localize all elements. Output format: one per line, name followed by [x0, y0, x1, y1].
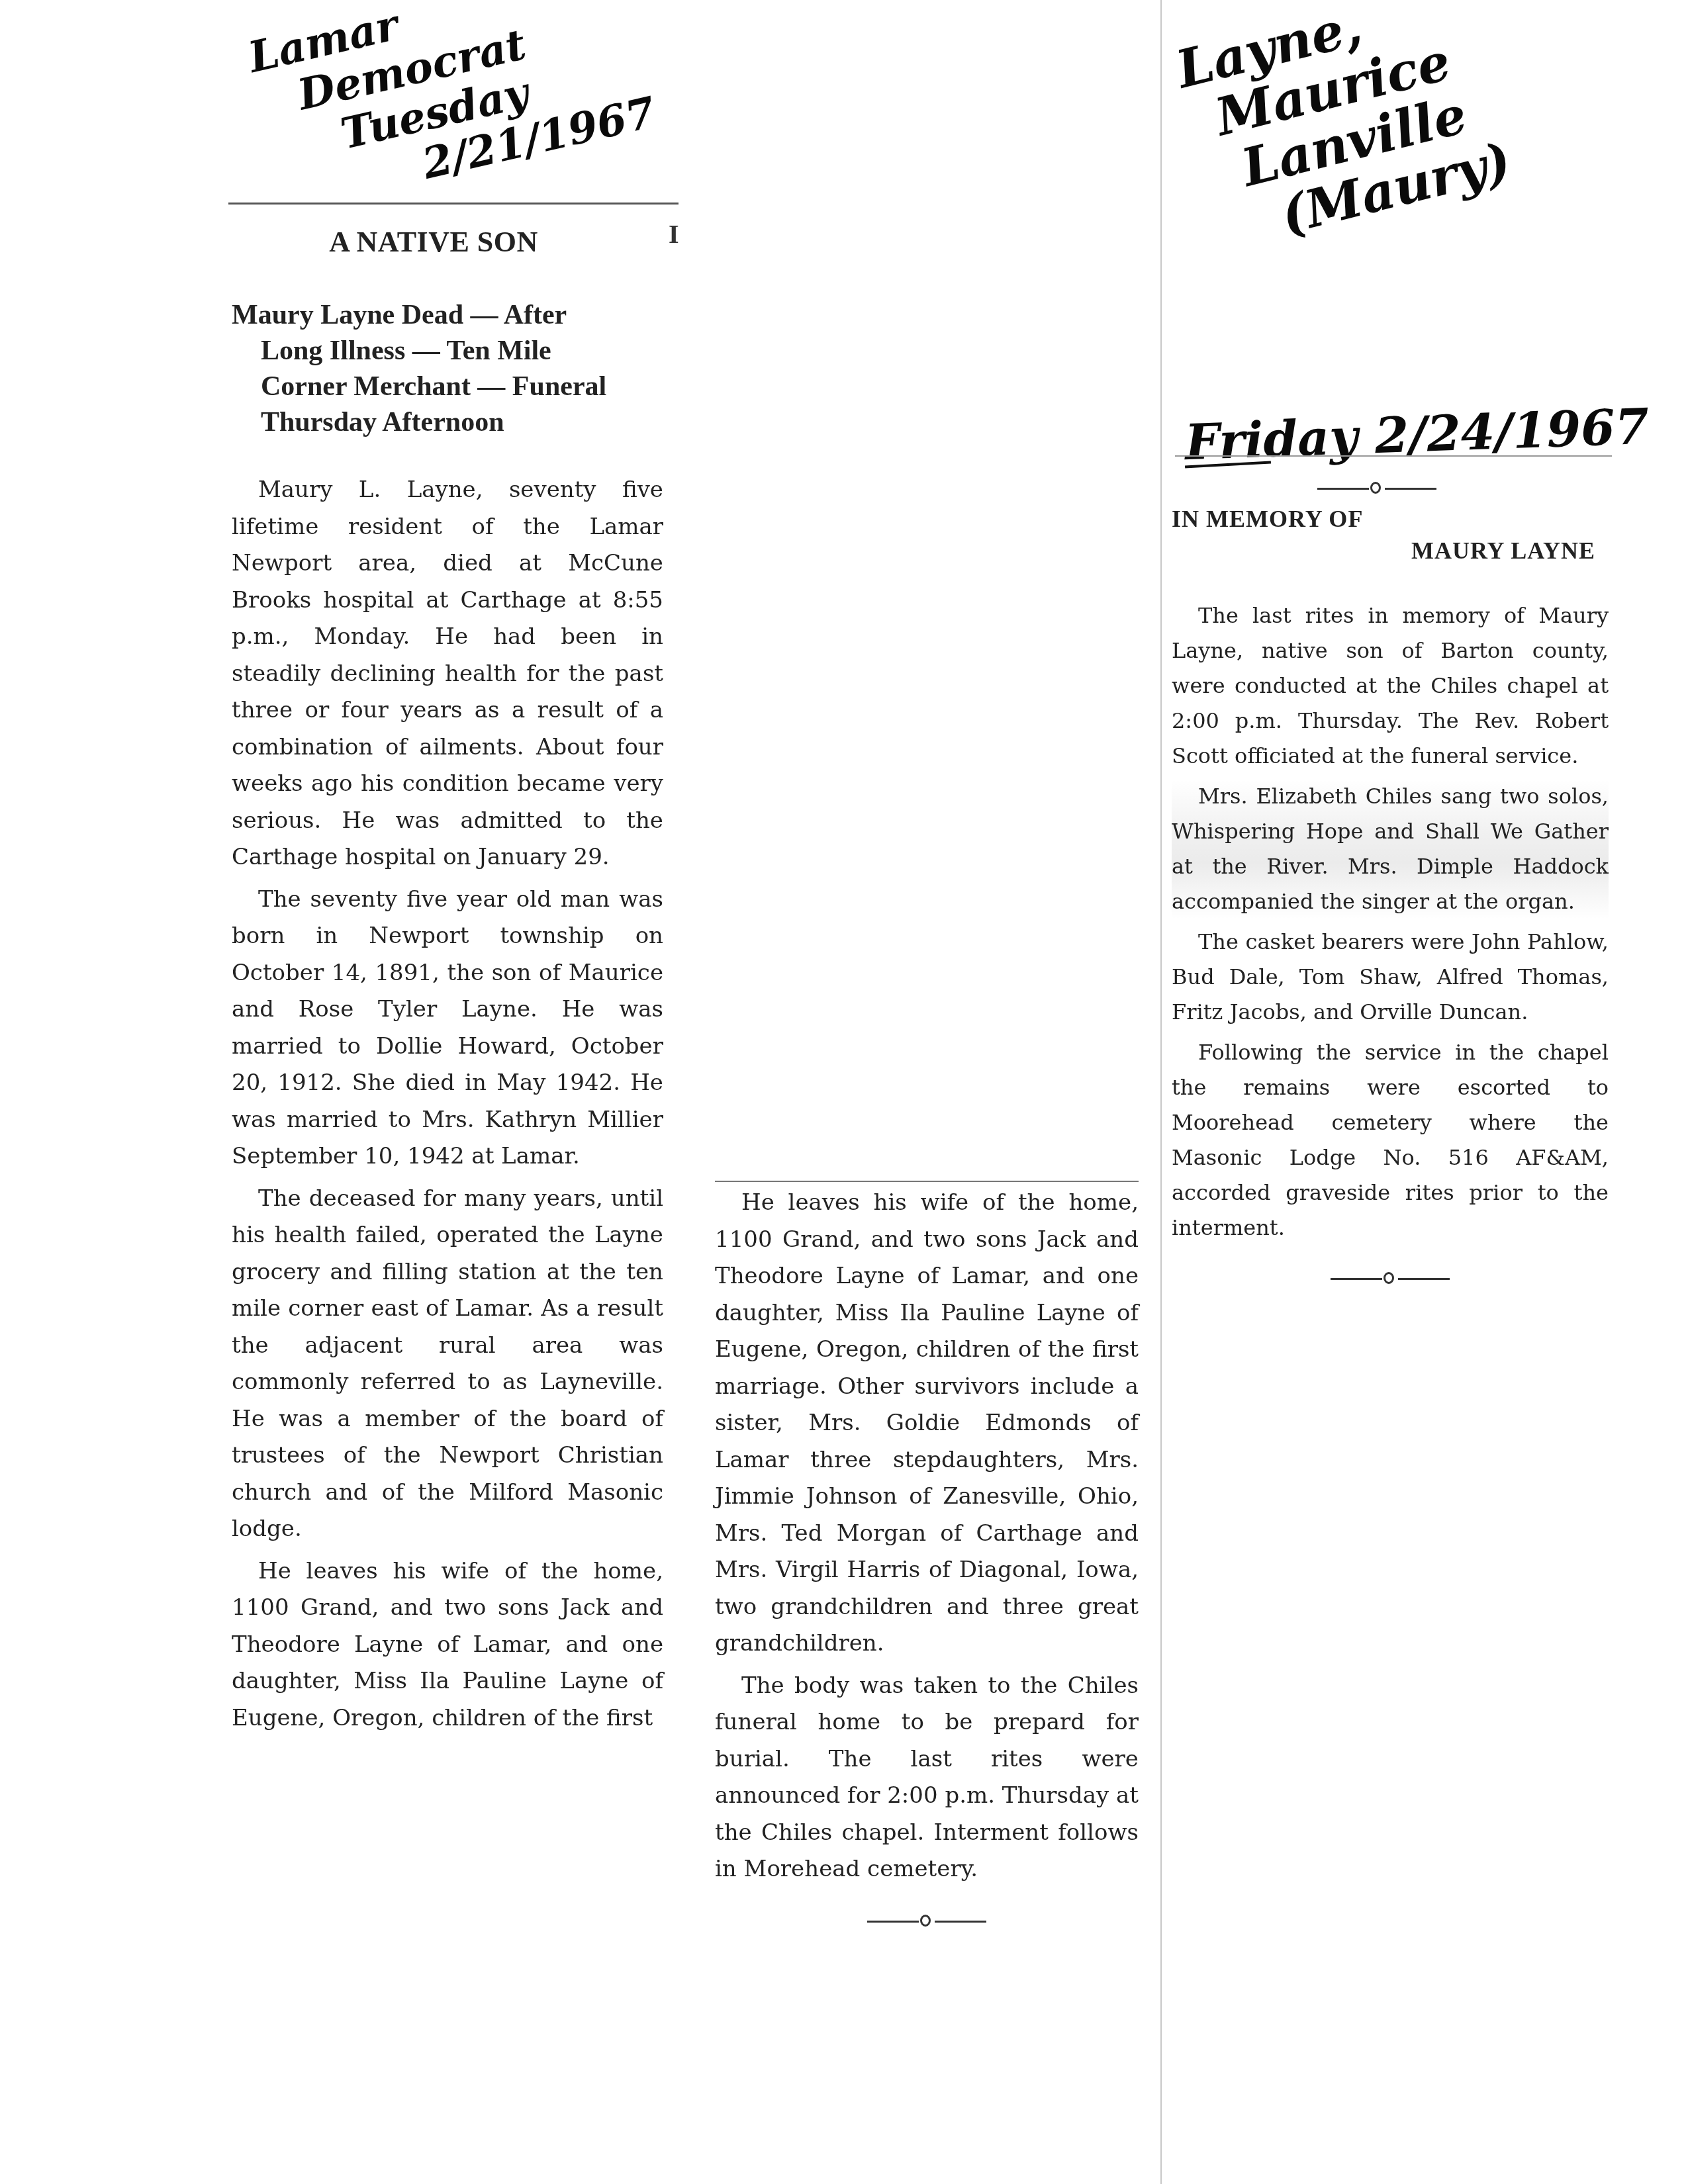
memorial-article: IN MEMORY OF MAURY LAYNE The last rites … — [1172, 490, 1609, 1285]
clipping-top-rule — [228, 203, 679, 205]
paragraph: Following the service in the chapel the … — [1172, 1035, 1609, 1246]
paragraph: He leaves his wife of the home, 1100 Gra… — [232, 1553, 663, 1737]
subhead-line: Thursday Afternoon — [232, 404, 675, 440]
subhead-line: Long Illness — Ten Mile — [232, 333, 675, 369]
memorial-headline: IN MEMORY OF MAURY LAYNE — [1172, 503, 1609, 567]
subhead-line: Corner Merchant — Funeral — [232, 369, 675, 404]
headline-line: MAURY LAYNE — [1172, 535, 1609, 567]
article-body: The last rites in memory of Maury Layne,… — [1172, 598, 1609, 1246]
paragraph: Maury L. Layne, seventy five lifetime re… — [232, 472, 663, 876]
paragraph: The last rites in memory of Maury Layne,… — [1172, 598, 1609, 774]
paragraph: The body was taken to the Chiles funeral… — [715, 1668, 1139, 1888]
paragraph: The deceased for many years, until his h… — [232, 1181, 663, 1548]
paragraph: The seventy five year old man was born i… — [232, 882, 663, 1175]
paragraph: He leaves his wife of the home, 1100 Gra… — [715, 1185, 1139, 1662]
handwritten-date-note: Friday 2/24/1967 — [1184, 402, 1650, 467]
paragraph: The casket bearers were John Pahlow, Bud… — [1172, 925, 1609, 1030]
article-subheadline: Maury Layne Dead — After Long Illness — … — [232, 297, 675, 440]
end-ornament — [1331, 1272, 1450, 1285]
paragraph: Mrs. Elizabeth Chiles sang two solos, Wh… — [1172, 779, 1609, 919]
handwritten-newspaper-note: Lamar Democrat Tuesday 2/21/1967 — [238, 0, 661, 226]
article-body: He leaves his wife of the home, 1100 Gra… — [715, 1185, 1139, 1888]
obituary-article: A NATIVE SON Maury Layne Dead — After Lo… — [232, 212, 675, 1742]
handwritten-name-note: Layne, Maurice Lanville (Maury) — [1172, 0, 1517, 262]
clipping-top-rule — [715, 1181, 1139, 1182]
headline-line: IN MEMORY OF — [1172, 503, 1609, 535]
clipping-edge-line — [1160, 0, 1162, 2184]
section-heading: A NATIVE SON — [232, 225, 675, 259]
obituary-continuation: He leaves his wife of the home, 1100 Gra… — [715, 1185, 1139, 1928]
article-body: Maury L. Layne, seventy five lifetime re… — [232, 472, 675, 1737]
subhead-line: Maury Layne Dead — After — [232, 297, 675, 333]
clipping-top-rule — [1175, 455, 1612, 457]
end-ornament — [867, 1915, 986, 1928]
